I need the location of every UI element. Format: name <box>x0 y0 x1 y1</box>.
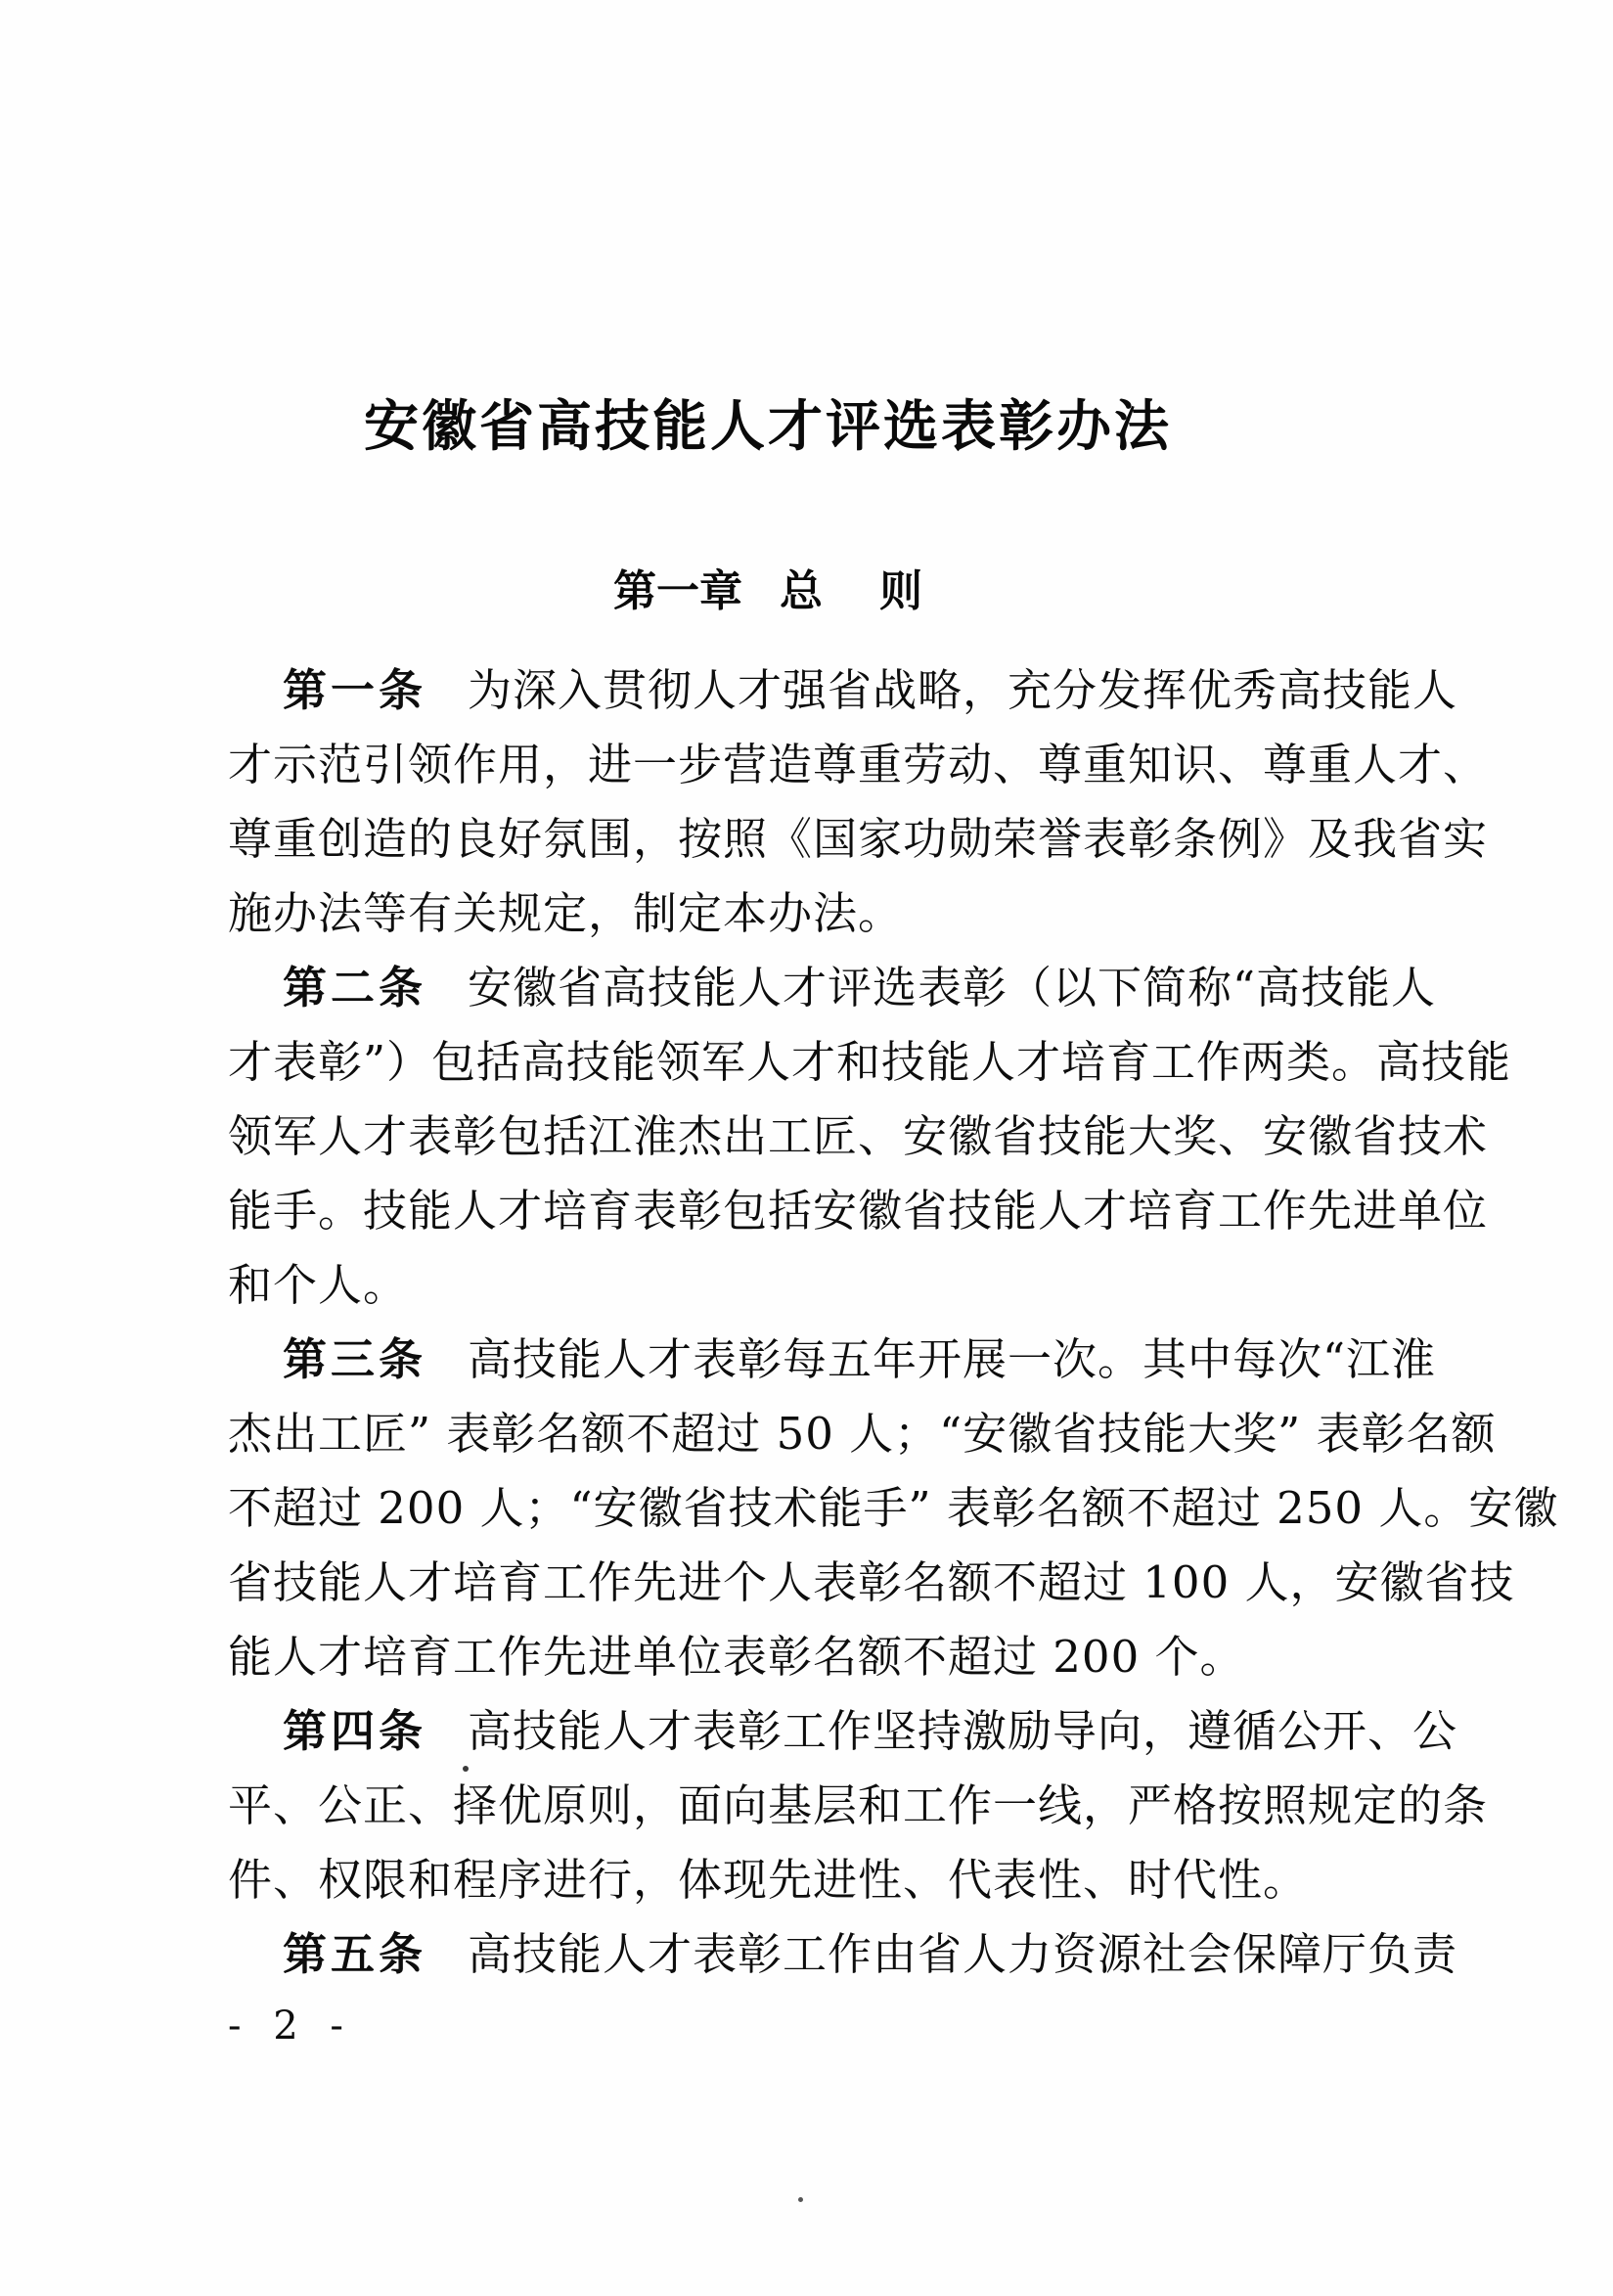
line-text: 件、权限和程序进行，体现先进性、代表性、时代性。 <box>228 1854 1308 1906</box>
document-line: 第二条安徽省高技能人才评选表彰（以下简称“高技能人 <box>228 951 1462 1025</box>
document-line: 能人才培育工作先进单位表彰名额不超过 200 个。 <box>228 1620 1462 1694</box>
line-text: 施办法等有关规定，制定本办法。 <box>228 887 903 939</box>
line-text: 高技能人才表彰工作由省人力资源社会保障厅负责 <box>468 1928 1457 1980</box>
document-line: 尊重创造的良好氛围，按照《国家功勋荣誉表彰条例》及我省实 <box>228 802 1462 877</box>
line-text: 省技能人才培育工作先进个人表彰名额不超过 100 人，安徽省技 <box>228 1556 1515 1608</box>
line-text: 不超过 200 人；“安徽省技术能手” 表彰名额不超过 250 人。安徽 <box>228 1482 1558 1534</box>
document-line: 领军人才表彰包括江淮杰出工匠、安徽省技能大奖、安徽省技术 <box>228 1100 1462 1174</box>
line-text: 杰出工匠” 表彰名额不超过 50 人；“安徽省技能大奖” 表彰名额 <box>228 1408 1497 1460</box>
line-text: 为深入贯彻人才强省战略，充分发挥优秀高技能人 <box>468 664 1457 716</box>
scan-artifact-dot <box>798 2197 803 2202</box>
line-text: 才示范引领作用，进一步营造尊重劳动、尊重知识、尊重人才、 <box>228 739 1488 790</box>
chapter-word-1: 总 <box>780 566 823 616</box>
line-text: 领军人才表彰包括江淮杰出工匠、安徽省技能大奖、安徽省技术 <box>228 1110 1488 1162</box>
scanned-document-page: 安徽省高技能人才评选表彰办法 第一章总则 第一条为深入贯彻人才强省战略，充分发挥… <box>0 0 1613 2296</box>
line-text: 高技能人才表彰每五年开展一次。其中每次“江淮 <box>468 1333 1436 1385</box>
line-text: 尊重创造的良好氛围，按照《国家功勋荣誉表彰条例》及我省实 <box>228 813 1488 865</box>
document-line: 不超过 200 人；“安徽省技术能手” 表彰名额不超过 250 人。安徽 <box>228 1471 1462 1546</box>
line-text: 安徽省高技能人才评选表彰（以下简称“高技能人 <box>468 962 1436 1013</box>
line-text: 能人才培育工作先进单位表彰名额不超过 200 个。 <box>228 1631 1245 1683</box>
document-line: 和个人。 <box>228 1248 1462 1323</box>
line-text: 高技能人才表彰工作坚持激励导向，遵循公开、公 <box>468 1705 1457 1757</box>
document-line: 第五条高技能人才表彰工作由省人力资源社会保障厅负责 <box>228 1917 1462 1992</box>
line-text: 能手。技能人才培育表彰包括安徽省技能人才培育工作先进单位 <box>228 1185 1488 1237</box>
article-5-label: 第五条 <box>283 1928 426 1980</box>
document-line: 才表彰”）包括高技能领军人才和技能人才培育工作两类。高技能 <box>228 1025 1462 1100</box>
article-3-label: 第三条 <box>283 1333 426 1385</box>
document-line: 平、公正、择优原则，面向基层和工作一线，严格按照规定的条 <box>228 1769 1462 1843</box>
scan-artifact-dot <box>463 1766 469 1772</box>
document-line: 能手。技能人才培育表彰包括安徽省技能人才培育工作先进单位 <box>228 1174 1462 1248</box>
chapter-number: 第一章 <box>613 566 742 616</box>
page-number: - 2 - <box>228 2003 353 2048</box>
document-line: 省技能人才培育工作先进个人表彰名额不超过 100 人，安徽省技 <box>228 1546 1462 1620</box>
document-line: 施办法等有关规定，制定本办法。 <box>228 877 1462 951</box>
document-line: 才示范引领作用，进一步营造尊重劳动、尊重知识、尊重人才、 <box>228 728 1462 802</box>
document-line: 第三条高技能人才表彰每五年开展一次。其中每次“江淮 <box>228 1323 1462 1397</box>
article-2-label: 第二条 <box>283 962 426 1013</box>
document-body: 第一条为深入贯彻人才强省战略，充分发挥优秀高技能人 才示范引领作用，进一步营造尊… <box>228 653 1462 1992</box>
document-line: 件、权限和程序进行，体现先进性、代表性、时代性。 <box>228 1843 1462 1917</box>
document-title: 安徽省高技能人才评选表彰办法 <box>0 383 1536 462</box>
article-4-label: 第四条 <box>283 1705 426 1757</box>
chapter-word-2: 则 <box>879 566 922 616</box>
document-line: 第四条高技能人才表彰工作坚持激励导向，遵循公开、公 <box>228 1694 1462 1769</box>
chapter-heading: 第一章总则 <box>0 556 1536 618</box>
document-line: 第一条为深入贯彻人才强省战略，充分发挥优秀高技能人 <box>228 653 1462 728</box>
document-line: 杰出工匠” 表彰名额不超过 50 人；“安徽省技能大奖” 表彰名额 <box>228 1397 1462 1471</box>
line-text: 和个人。 <box>228 1259 408 1311</box>
line-text: 平、公正、择优原则，面向基层和工作一线，严格按照规定的条 <box>228 1779 1488 1831</box>
line-text: 才表彰”）包括高技能领军人才和技能人才培育工作两类。高技能 <box>228 1036 1511 1088</box>
article-1-label: 第一条 <box>283 664 426 716</box>
